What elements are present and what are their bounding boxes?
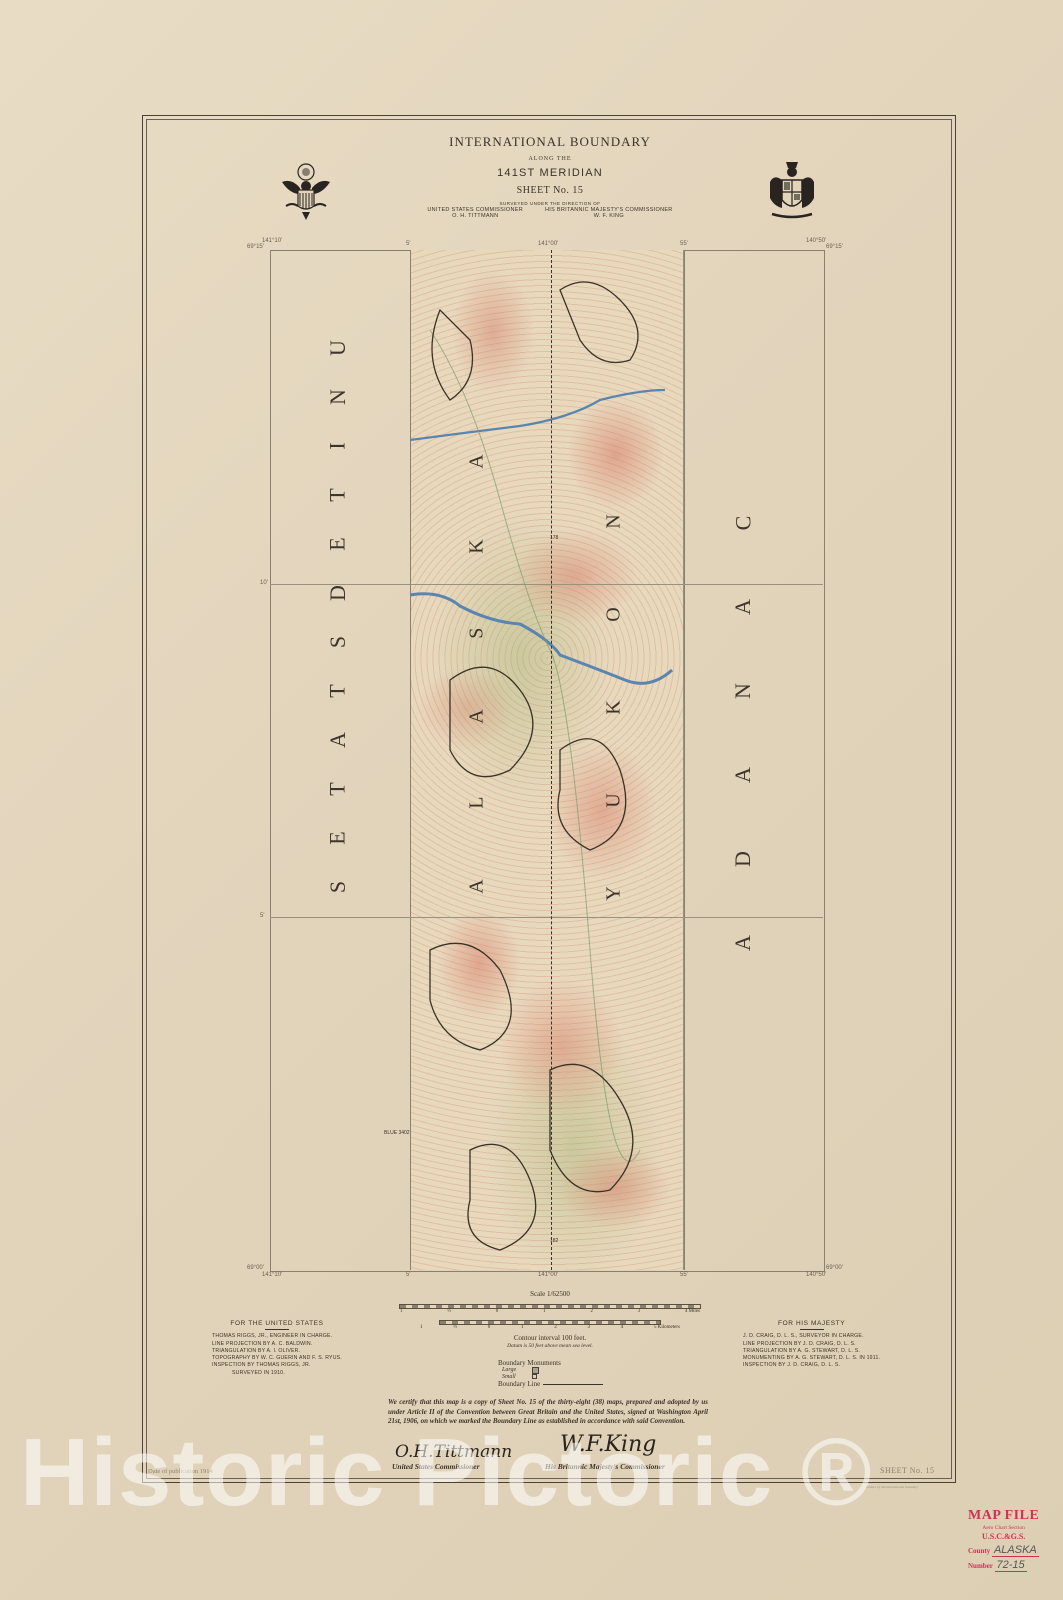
scale-ticks-miles: 1½01234 Miles	[400, 1309, 700, 1314]
label-united-states: UNITEDSTATES	[330, 335, 346, 900]
map-title: INTERNATIONAL BOUNDARY	[380, 134, 720, 150]
watermark: Historic Pictoric ®	[20, 1418, 873, 1528]
tick-lat-10: 10'	[260, 580, 268, 586]
datum-note: Datum is 50 feet above mean sea level.	[390, 1343, 710, 1349]
commissioners: UNITED STATES COMMISSIONER O. H. TITTMAN…	[380, 207, 720, 219]
surveyed-under: SURVEYED UNDER THE DIRECTION OF	[380, 201, 720, 206]
tick-bottom-right-lon: 140°50'	[806, 1272, 826, 1278]
tick-top-5: 5'	[406, 241, 410, 247]
tick-bottom-left-lon: 141°10'	[262, 1272, 282, 1278]
printer-note: printed by the international boundary	[866, 1485, 918, 1489]
summit-blue: BLUE 3402	[384, 1130, 410, 1136]
label-alaska: AKSALA	[470, 450, 484, 898]
title-sheet: SHEET No. 15	[380, 185, 720, 196]
map-file-stamp: MAP FILE Aero Chart Section U.S.C.&G.S. …	[968, 1508, 1039, 1571]
longitude-line-55	[683, 250, 684, 1270]
tick-bottom-5: 5'	[406, 1272, 410, 1278]
tick-bottom-left-lat: 69°00'	[247, 1265, 264, 1271]
boundary-line-141st-meridian	[551, 250, 552, 1270]
tick-top-right-lat: 69°15'	[826, 244, 843, 250]
uk-commissioner: HIS BRITANNIC MAJESTY'S COMMISSIONER W. …	[545, 207, 673, 219]
title-meridian: 141ST MERIDIAN	[380, 167, 720, 179]
monuments-legend: Boundary Monuments Large Small Boundary …	[498, 1359, 710, 1388]
us-commissioner: UNITED STATES COMMISSIONER O. H. TITTMAN…	[427, 207, 523, 219]
credits-his-majesty: FOR HIS MAJESTY J. D. CRAIG, D. L. S., S…	[743, 1320, 880, 1370]
british-royal-coat-of-arms-icon	[764, 158, 820, 222]
tick-top-55: 55'	[680, 241, 688, 247]
legend: Scale 1/62500 1½01234 Miles 1½012345 Kil…	[390, 1290, 710, 1388]
tick-bottom-55: 55'	[680, 1272, 688, 1278]
monument-178: 178	[550, 535, 558, 541]
tick-bottom-141: 141°00'	[538, 1272, 558, 1278]
title-block: INTERNATIONAL BOUNDARY ALONG THE 141ST M…	[380, 130, 720, 219]
label-yukon: NOKUY	[607, 510, 621, 905]
monument-182: 182	[550, 1238, 558, 1244]
tick-top-left-lon: 141°10'	[262, 238, 282, 244]
tick-lat-5: 5'	[260, 913, 264, 919]
tick-top-141: 141°00'	[538, 241, 558, 247]
scale-ticks-km: 1½012345 Kilometers	[420, 1325, 680, 1330]
tick-bottom-right-lat: 69°00'	[826, 1265, 843, 1271]
tick-top-right-lon: 140°50'	[806, 238, 826, 244]
contour-interval: Contour interval 100 feet.	[390, 1334, 710, 1342]
us-great-seal-eagle-icon	[278, 160, 334, 224]
credits-united-states: FOR THE UNITED STATES THOMAS RIGGS, JR.,…	[212, 1320, 342, 1377]
large-monument-icon	[532, 1367, 539, 1374]
title-along: ALONG THE	[380, 156, 720, 162]
label-canada: CANADA	[735, 510, 751, 956]
boundary-line-symbol	[543, 1384, 603, 1385]
sheet-number: SHEET No. 15	[880, 1466, 935, 1475]
small-monument-icon	[532, 1374, 537, 1379]
scale-label: Scale 1/62500	[390, 1290, 710, 1298]
tick-top-left-lat: 69°15'	[247, 244, 264, 250]
streams-overlay	[410, 250, 683, 1270]
